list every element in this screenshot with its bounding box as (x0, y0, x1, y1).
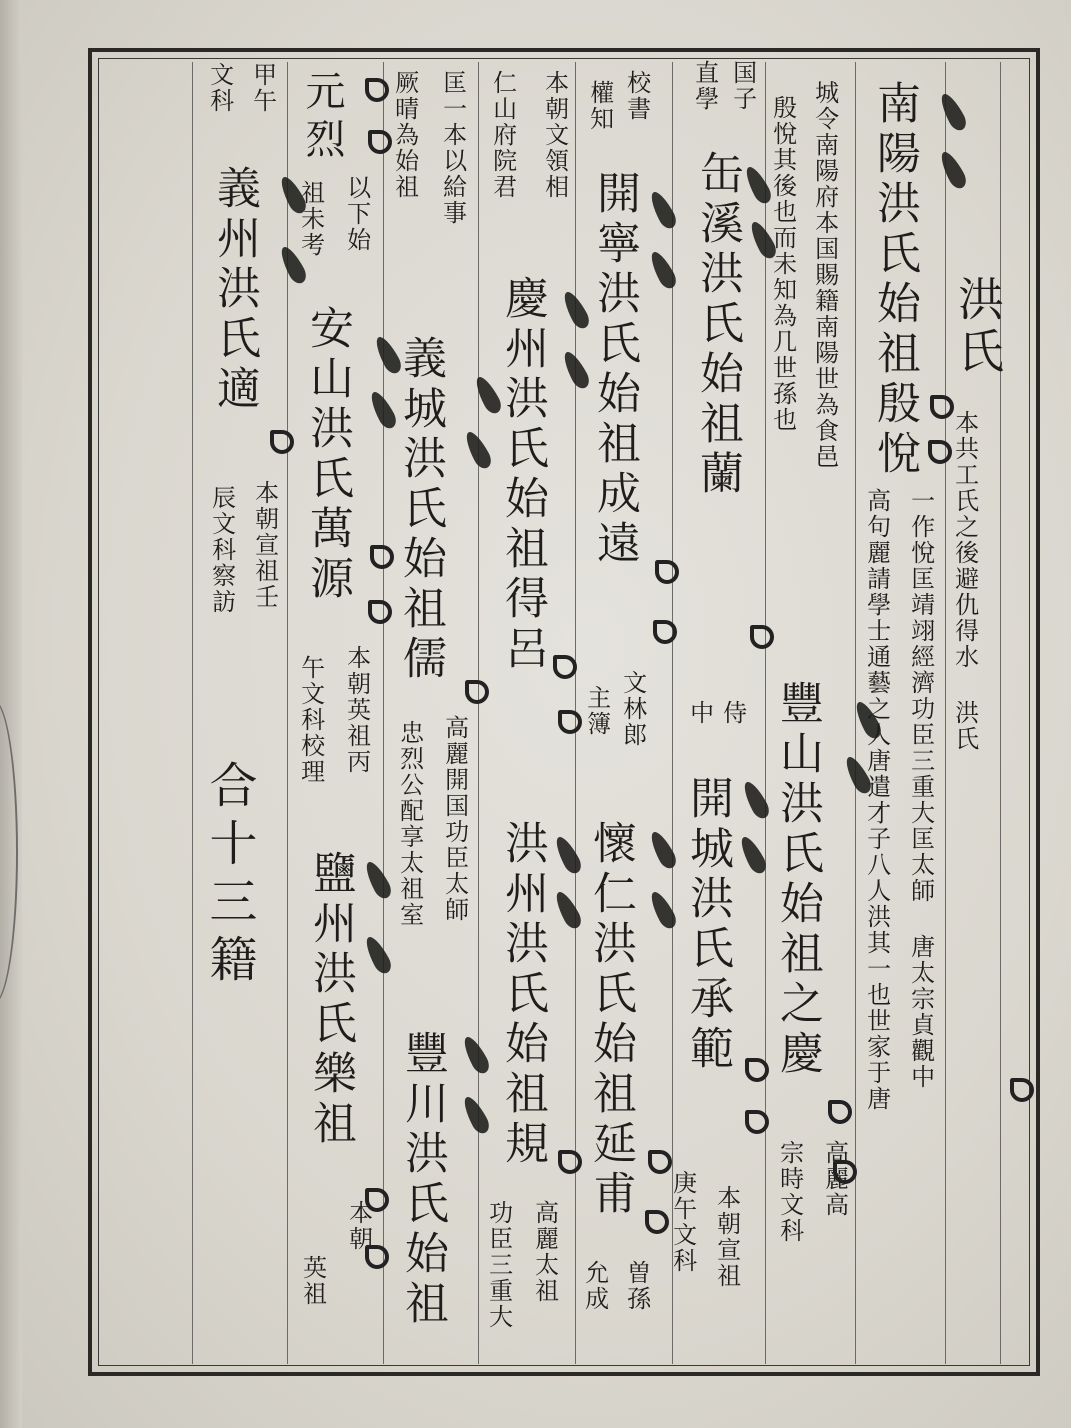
column-rule (478, 62, 479, 1364)
entry-note: 高句麗請學士通藝之人唐遣才子八人洪其一也世家于唐 (862, 488, 890, 1112)
entry-note: 本朝宣祖壬 (250, 480, 278, 610)
entry-note: 午文科校理 (296, 655, 324, 785)
entry-pre-note: 本朝文領相 (540, 70, 568, 200)
entry-clan-uiseong: 義城洪氏始祖儒 (398, 335, 442, 685)
circle-mark (558, 710, 582, 734)
entry-pre-main: 元烈 (302, 70, 342, 166)
entry-clan-yeomju: 鹽州洪氏樂祖 (308, 850, 352, 1150)
circle-mark (365, 1188, 389, 1212)
entry-pre-note: 国子 (728, 60, 756, 112)
total-count: 合十三籍 (205, 760, 253, 992)
circle-mark (1010, 1078, 1034, 1102)
title-note: 本共工氏之後避仇得水 洪氏 (950, 410, 978, 710)
circle-mark (553, 655, 577, 679)
entry-clan-bugye: 缶溪洪氏始祖蘭 (695, 150, 739, 500)
entry-note: 高麗開国功臣太師 (440, 715, 468, 923)
column-rule (383, 62, 384, 1364)
circle-mark (930, 395, 954, 419)
circle-mark (645, 1210, 669, 1234)
entry-note: 城令南陽府本国賜籍南陽世為食邑 (810, 80, 838, 470)
entry-clan-gaenyeong: 開寧洪氏始祖成遠 (592, 170, 636, 570)
circle-mark (365, 1245, 389, 1269)
entry-clan-hongju: 洪州洪氏始祖規 (500, 820, 544, 1170)
column-rule (1000, 62, 1001, 1364)
circle-mark (928, 440, 952, 464)
circle-mark (655, 560, 679, 584)
entry-note: 殷悅其後也而未知為几世孫也 (768, 95, 796, 433)
entry-pre-note: 直學 (690, 60, 718, 112)
entry-pre-note: 文科 (205, 62, 233, 114)
circle-mark (833, 1160, 857, 1184)
entry-note: 本朝英祖丙 (342, 645, 370, 775)
entry-note: 曽孫 (622, 1260, 650, 1312)
entry-clan-gyeongju: 慶州洪氏始祖得呂 (500, 275, 544, 675)
entry-pre-note: 校書 (622, 70, 650, 122)
entry-note: 本朝宣祖 (712, 1185, 740, 1289)
entry-note: 英祖 (298, 1255, 326, 1307)
entry-clan-uiju: 義州洪氏適 (212, 165, 256, 415)
entry-pre-note: 權知 (585, 80, 613, 132)
entry-clan-pungcheon: 豐川洪氏始祖 (400, 1030, 444, 1330)
entry-pre-note: 甲午 (248, 62, 276, 114)
entry-clan-pungsan: 豐山洪氏始祖之慶 (775, 680, 819, 1080)
column-rule (672, 62, 673, 1364)
entry-clan-hoein: 懷仁洪氏始祖延甫 (588, 820, 632, 1220)
entry-note: 辰文科察訪 (207, 485, 235, 615)
circle-mark (270, 430, 294, 454)
circle-mark (750, 625, 774, 649)
entry-clan-gaeseong: 開城洪氏承範 (685, 775, 729, 1075)
entry-note: 庚午文科 (668, 1170, 696, 1274)
entry-note: 主簿 (582, 685, 610, 737)
circle-mark (465, 680, 489, 704)
entry-pre-note: 厥晴為始祖 (390, 70, 418, 200)
entry-pre-note: 仁山府院君 (488, 70, 516, 200)
entry-note: 允成 (580, 1260, 608, 1312)
circle-mark (368, 600, 392, 624)
circle-mark (368, 130, 392, 154)
circle-mark (370, 545, 394, 569)
entry-note: 高麗太祖 (530, 1200, 558, 1304)
entry-note: 一作悅匡靖翊經濟功臣三重大匡太師 唐太宗貞觀中 (906, 488, 934, 1090)
entry-note: 功臣三重大 (484, 1200, 512, 1330)
entry-pre-note: 匡一本以給事 (438, 70, 466, 226)
circle-mark (653, 620, 677, 644)
column-rule (945, 62, 946, 1364)
section-title: 洪氏 (955, 275, 1001, 379)
entry-note: 文林郎 (618, 670, 646, 748)
circle-mark (365, 78, 389, 102)
entry-note: 侍 (718, 700, 746, 726)
entry-clan-ansan: 安山洪氏萬源 (305, 305, 349, 605)
entry-note: 中 (685, 700, 713, 726)
column-rule (192, 62, 193, 1364)
circle-mark (558, 1150, 582, 1174)
circle-mark (745, 1110, 769, 1134)
entry-pre-note: 以下始 (342, 175, 370, 253)
circle-mark (828, 1100, 852, 1124)
entry-note: 忠烈公配享太祖室 (395, 720, 423, 928)
manuscript-page: 洪氏 本共工氏之後避仇得水 洪氏 南陽洪氏始祖殷悅 一作悅匡靖翊經濟功臣三重大匡… (0, 0, 1071, 1428)
entry-note: 宗時文科 (775, 1140, 803, 1244)
entry-clan-nanyang: 南陽洪氏始祖殷悅 (872, 80, 916, 480)
circle-mark (648, 1150, 672, 1174)
circle-mark (745, 1058, 769, 1082)
